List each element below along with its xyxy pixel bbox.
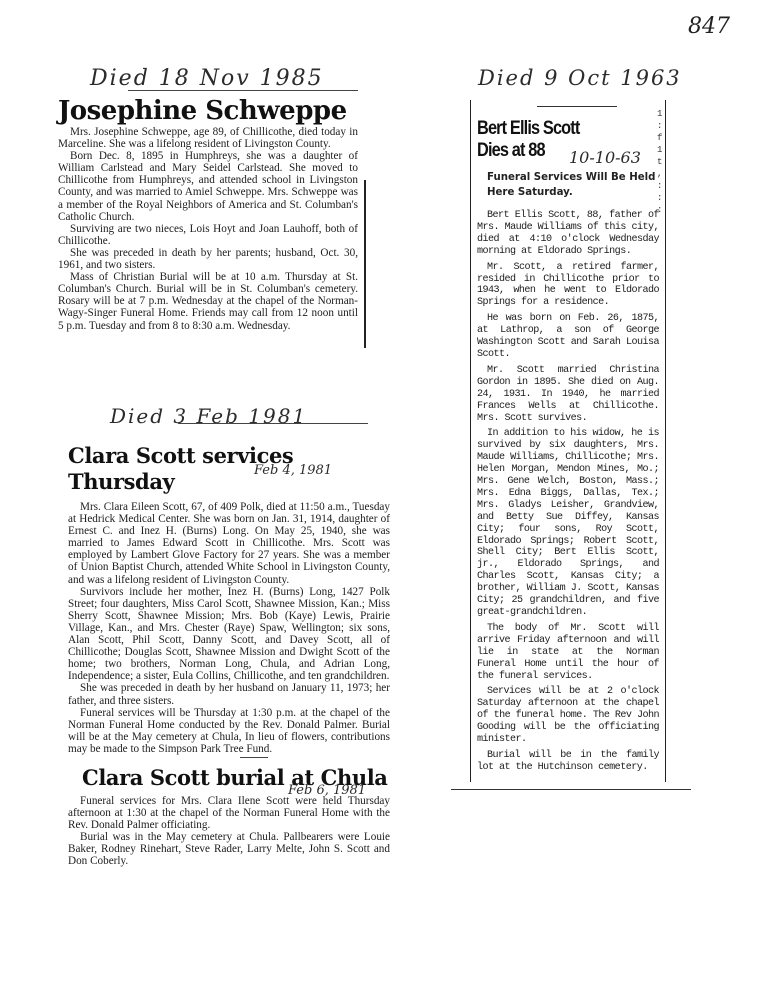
handwritten-clip-date: Feb 6, 1981 <box>288 783 366 798</box>
article-body: Funeral services for Mrs. Clara Ilene Sc… <box>68 795 390 868</box>
headline: Clara Scott services Thursday <box>68 443 390 495</box>
scrapbook-page: 847 Died 18 Nov 1985 Josephine Schweppe … <box>0 0 760 985</box>
obituary-clipping-clara-burial: Clara Scott burial at Chula Feb 6, 1981 … <box>68 765 390 868</box>
handwritten-death-date: Died 9 Oct 1963 <box>478 66 682 90</box>
divider <box>128 90 358 91</box>
handwritten-clip-date: Feb 4, 1981 <box>254 463 332 478</box>
paragraph: She was preceded in death by her husband… <box>68 682 390 706</box>
paragraph: Born Dec. 8, 1895 in Humphreys, she was … <box>58 150 358 223</box>
paragraph: Surviving are two nieces, Lois Hoyt and … <box>58 223 358 247</box>
headline-line-1: Bert Ellis Scott <box>477 118 649 140</box>
paragraph: Funeral services will be Thursday at 1:3… <box>68 707 390 755</box>
column-rule <box>364 180 366 348</box>
paragraph: He was born on Feb. 26, 1875, at Lathrop… <box>477 313 659 361</box>
paragraph: Burial will be in the family lot at the … <box>477 750 659 774</box>
headline: Josephine Schweppe <box>58 96 358 126</box>
divider <box>178 423 368 424</box>
divider <box>240 757 268 758</box>
subheadline: Funeral Services Will Be Held Here Satur… <box>487 170 659 200</box>
article-body: Mrs. Josephine Schweppe, age 89, of Chil… <box>58 126 358 332</box>
paragraph: Mrs. Clara Eileen Scott, 67, of 409 Polk… <box>68 501 390 586</box>
paragraph: In addition to his widow, he is survived… <box>477 428 659 619</box>
article-body: Mrs. Clara Eileen Scott, 67, of 409 Polk… <box>68 501 390 755</box>
page-number-annotation: 847 <box>688 14 730 39</box>
margin-marks: 1 : f 1 t , : : : <box>657 108 662 216</box>
paragraph: Burial was in the May cemetery at Chula.… <box>68 831 390 867</box>
obituary-clipping-clara-services: Clara Scott services Thursday Feb 4, 198… <box>68 443 390 755</box>
obituary-clipping-josephine: Josephine Schweppe Mrs. Josephine Schwep… <box>58 96 358 332</box>
obituary-clipping-bert: Bert Ellis Scott Dies at 88 10-10-63 Fun… <box>470 100 666 782</box>
paragraph: The body of Mr. Scott will arrive Friday… <box>477 623 659 683</box>
paragraph: She was preceded in death by her parents… <box>58 247 358 271</box>
handwritten-clip-date: 10-10-63 <box>569 148 641 167</box>
paragraph: Funeral services for Mrs. Clara Ilene Sc… <box>68 795 390 831</box>
article-body: Bert Ellis Scott, 88, father of Mrs. Mau… <box>477 210 659 774</box>
paragraph: Services will be at 2 o'clock Saturday a… <box>477 686 659 746</box>
handwritten-death-date: Died 18 Nov 1985 <box>90 66 324 91</box>
paragraph: Bert Ellis Scott, 88, father of Mrs. Mau… <box>477 210 659 258</box>
paragraph: Mrs. Josephine Schweppe, age 89, of Chil… <box>58 126 358 150</box>
paragraph: Mr. Scott married Christina Gordon in 18… <box>477 365 659 425</box>
paragraph: Mass of Christian Burial will be at 10 a… <box>58 271 358 331</box>
paragraph: Mr. Scott, a retired farmer, resided in … <box>477 262 659 310</box>
handwritten-death-date: Died 3 Feb 1981 <box>110 404 307 428</box>
paragraph: Survivors include her mother, Inez H. (B… <box>68 586 390 683</box>
divider <box>451 789 691 790</box>
divider <box>537 106 617 107</box>
